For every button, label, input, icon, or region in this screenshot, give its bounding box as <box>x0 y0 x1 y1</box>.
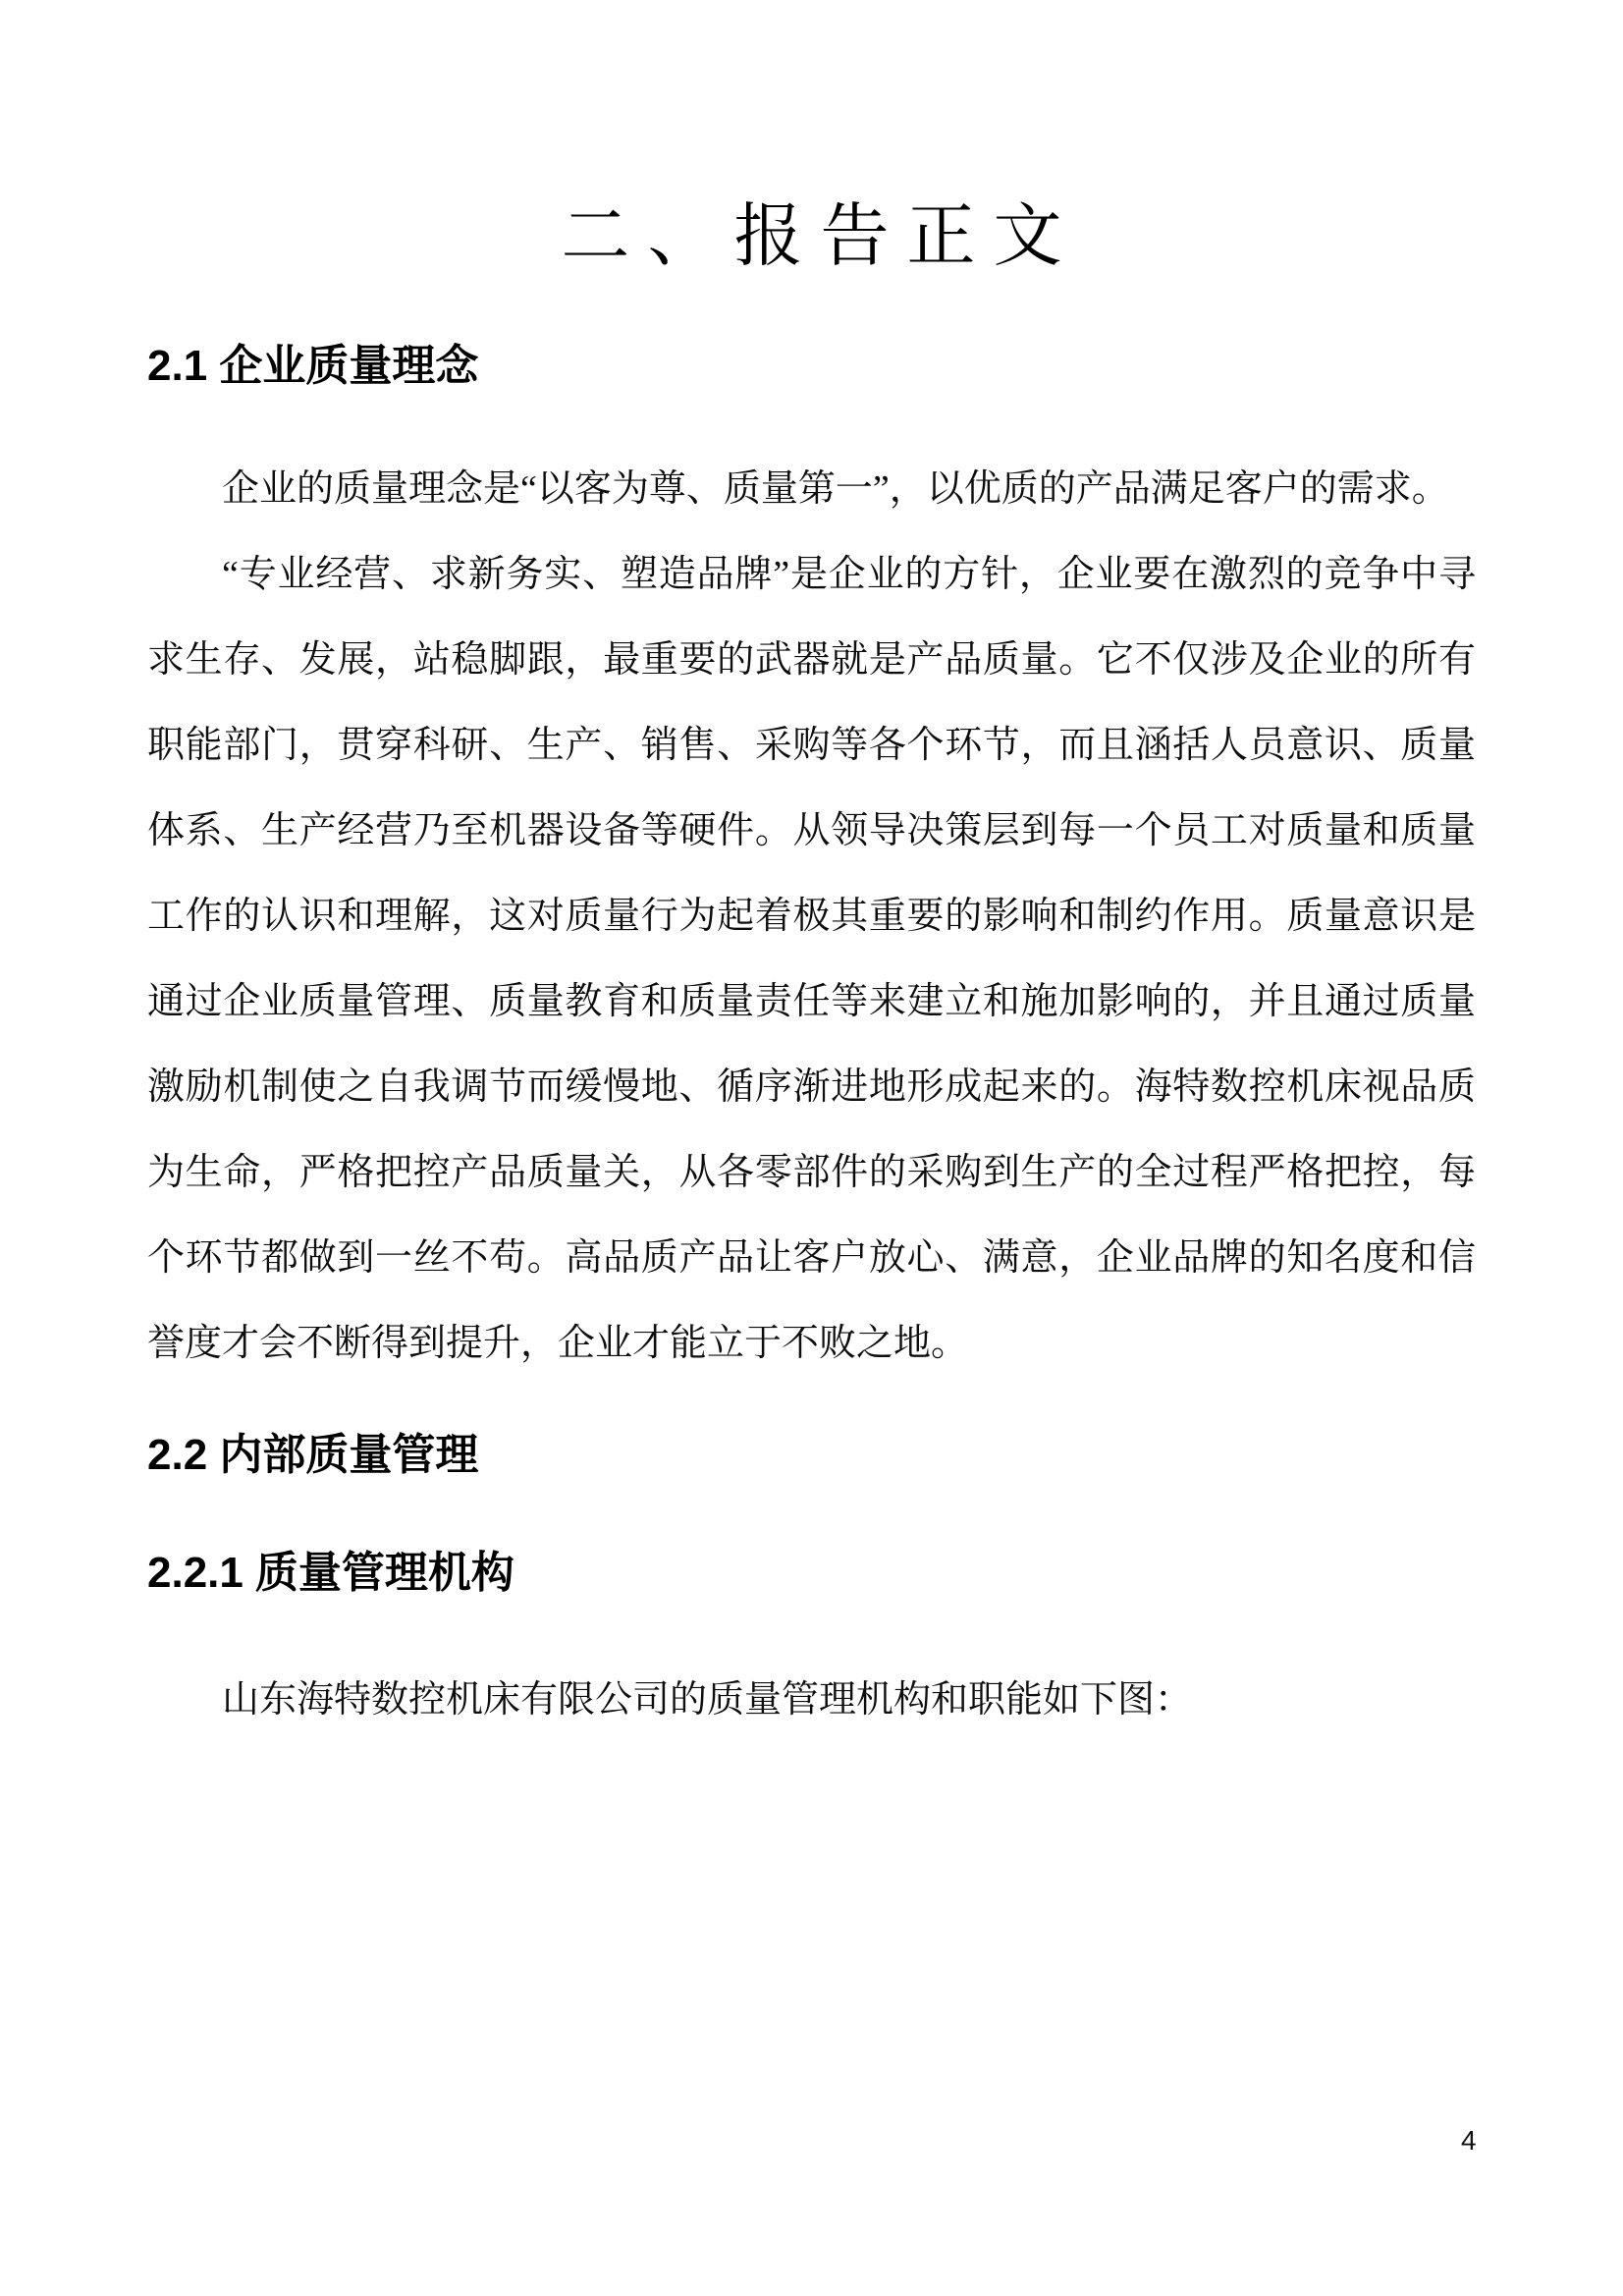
page-content: 二、报告正文 2.1 企业质量理念 企业的质量理念是“以客为尊、质量第一”，以优… <box>147 0 1476 1743</box>
section-heading-2-2-1: 2.2.1质量管理机构 <box>147 1547 1476 1599</box>
section-heading-2-2: 2.2 内部质量管理 <box>147 1429 1476 1481</box>
heading-number: 2.2.1 <box>147 1549 243 1597</box>
document-page: 二、报告正文 2.1 企业质量理念 企业的质量理念是“以客为尊、质量第一”，以优… <box>0 0 1623 2296</box>
page-number: 4 <box>1461 2124 1477 2158</box>
paragraph-quality-philosophy-body: “专业经营、求新务实、塑造品牌”是企业的方针，企业要在激烈的竞争中寻求生存、发展… <box>147 532 1476 1387</box>
heading-label: 质量管理机构 <box>255 1549 514 1597</box>
report-title: 二、报告正文 <box>147 203 1476 272</box>
paragraph-quality-philosophy-intro: 企业的质量理念是“以客为尊、质量第一”，以优质的产品满足客户的需求。 <box>147 447 1476 532</box>
paragraph-org-structure-lead-in: 山东海特数控机床有限公司的质量管理机构和职能如下图： <box>147 1658 1476 1743</box>
section-heading-2-1: 2.1 企业质量理念 <box>147 340 1476 392</box>
